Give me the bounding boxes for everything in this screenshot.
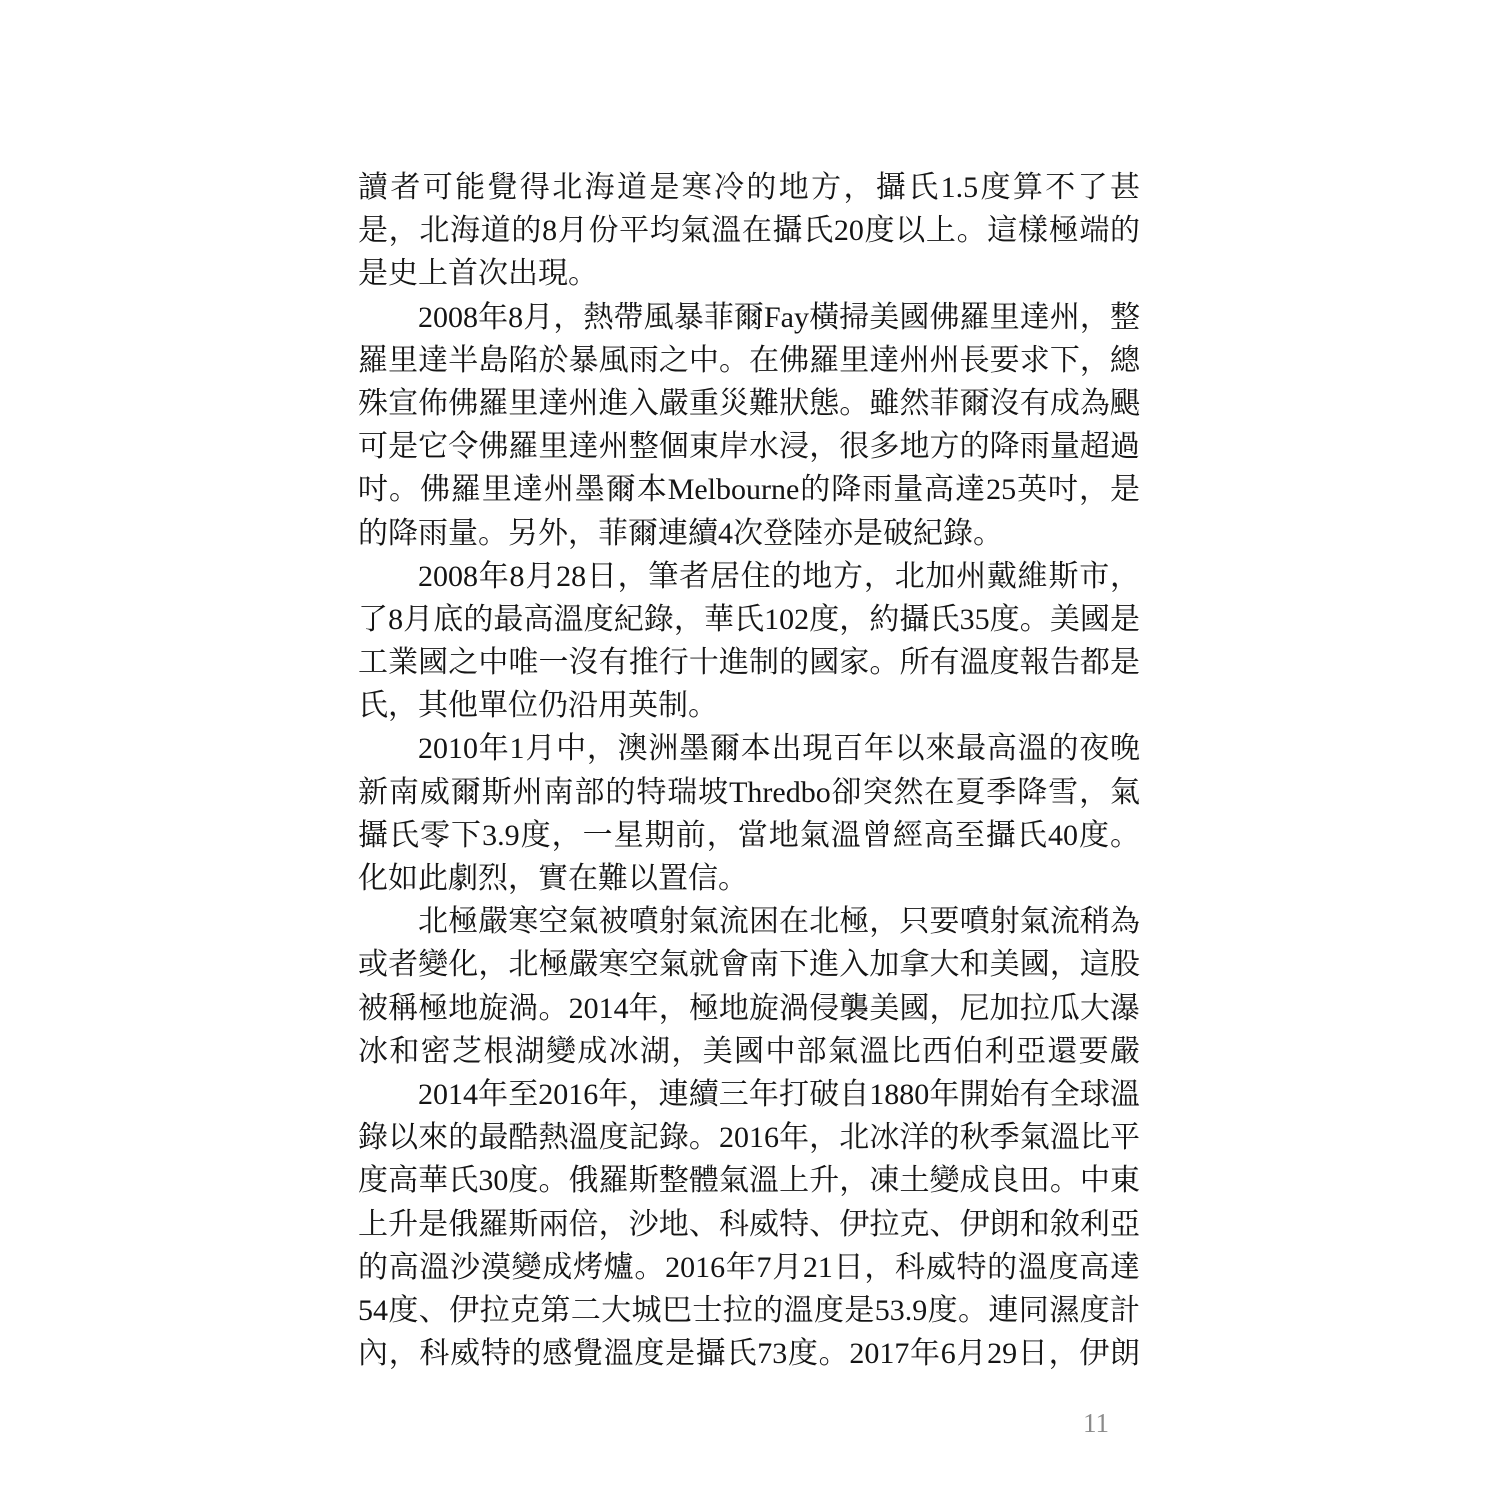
text-line: 攝氏零下3.9度，一星期前，當地氣溫曾經高至攝氏40度。氣溫變 [358,814,1140,857]
text-line: 讀者可能覺得北海道是寒冷的地方，攝氏1.5度算不了甚麼，可 [358,166,1140,209]
text-line: 羅里達半島陷於暴風雨之中。在佛羅里達州州長要求下，總統布 [358,339,1140,382]
text-line: 內，科威特的感覺溫度是攝氏73度。2017年6月29日，伊朗西南部 [358,1332,1140,1375]
text-line: 是，北海道的8月份平均氣溫在攝氏20度以上。這樣極端的低溫 [358,209,1140,252]
text-block: 讀者可能覺得北海道是寒冷的地方，攝氏1.5度算不了甚麼，可是，北海道的8月份平均… [358,166,1140,1375]
text-line: 2008年8月，熱帶風暴菲爾Fay橫掃美國佛羅里達州，整個佛 [358,296,1140,339]
text-line: 上升是俄羅斯兩倍，沙地、科威特、伊拉克、伊朗和敘利亞等地 [358,1203,1140,1246]
text-line: 的降雨量。另外，菲爾連續4次登陸亦是破紀錄。 [358,512,1140,555]
text-line: 北極嚴寒空氣被噴射氣流困在北極，只要噴射氣流稍為減弱 [358,900,1140,943]
text-line: 的高溫沙漠變成烤爐。2016年7月21日，科威特的溫度高達攝氏 [358,1246,1140,1289]
text-line: 2010年1月中，澳洲墨爾本出現百年以來最高溫的夜晚時， [358,727,1140,770]
text-line: 可是它令佛羅里達州整個東岸水浸，很多地方的降雨量超過20英 [358,425,1140,468]
text-line: 氏，其他單位仍沿用英制。 [358,684,1140,727]
text-line: 了8月底的最高溫度紀錄，華氏102度，約攝氏35度。美國是所有 [358,598,1140,641]
page-number: 11 [1083,1408,1109,1439]
text-line: 2008年8月28日，筆者居住的地方，北加州戴維斯市，也破 [358,555,1140,598]
text-line: 54度、伊拉克第二大城巴士拉的溫度是53.9度。連同濕度計算在 [358,1289,1140,1332]
text-line: 冰和密芝根湖變成冰湖，美國中部氣溫比西伯利亞還要嚴寒。 [358,1030,1140,1073]
text-line: 吋。佛羅里達州墨爾本Melbourne的降雨量高達25英吋，是破紀錄 [358,468,1140,511]
text-line: 工業國之中唯一沒有推行十進制的國家。所有溫度報告都是華 [358,641,1140,684]
text-line: 新南威爾斯州南部的特瑞坡Thredbo卻突然在夏季降雪，氣溫只有 [358,771,1140,814]
text-line: 度高華氏30度。俄羅斯整體氣溫上升，凍土變成良田。中東溫度 [358,1159,1140,1202]
book-page: 讀者可能覺得北海道是寒冷的地方，攝氏1.5度算不了甚麼，可是，北海道的8月份平均… [0,0,1500,1500]
text-line: 錄以來的最酷熱溫度記錄。2016年，北冰洋的秋季氣溫比平均溫 [358,1116,1140,1159]
text-line: 是史上首次出現。 [358,252,1140,295]
text-line: 2014年至2016年，連續三年打破自1880年開始有全球溫度記 [358,1073,1140,1116]
text-line: 或者變化，北極嚴寒空氣就會南下進入加拿大和美國，這股寒流 [358,943,1140,986]
text-line: 化如此劇烈，實在難以置信。 [358,857,1140,900]
text-line: 殊宣佈佛羅里達州進入嚴重災難狀態。雖然菲爾沒有成為颶風， [358,382,1140,425]
text-line: 被稱極地旋渦。2014年，極地旋渦侵襲美國，尼加拉瓜大瀑布結 [358,987,1140,1030]
